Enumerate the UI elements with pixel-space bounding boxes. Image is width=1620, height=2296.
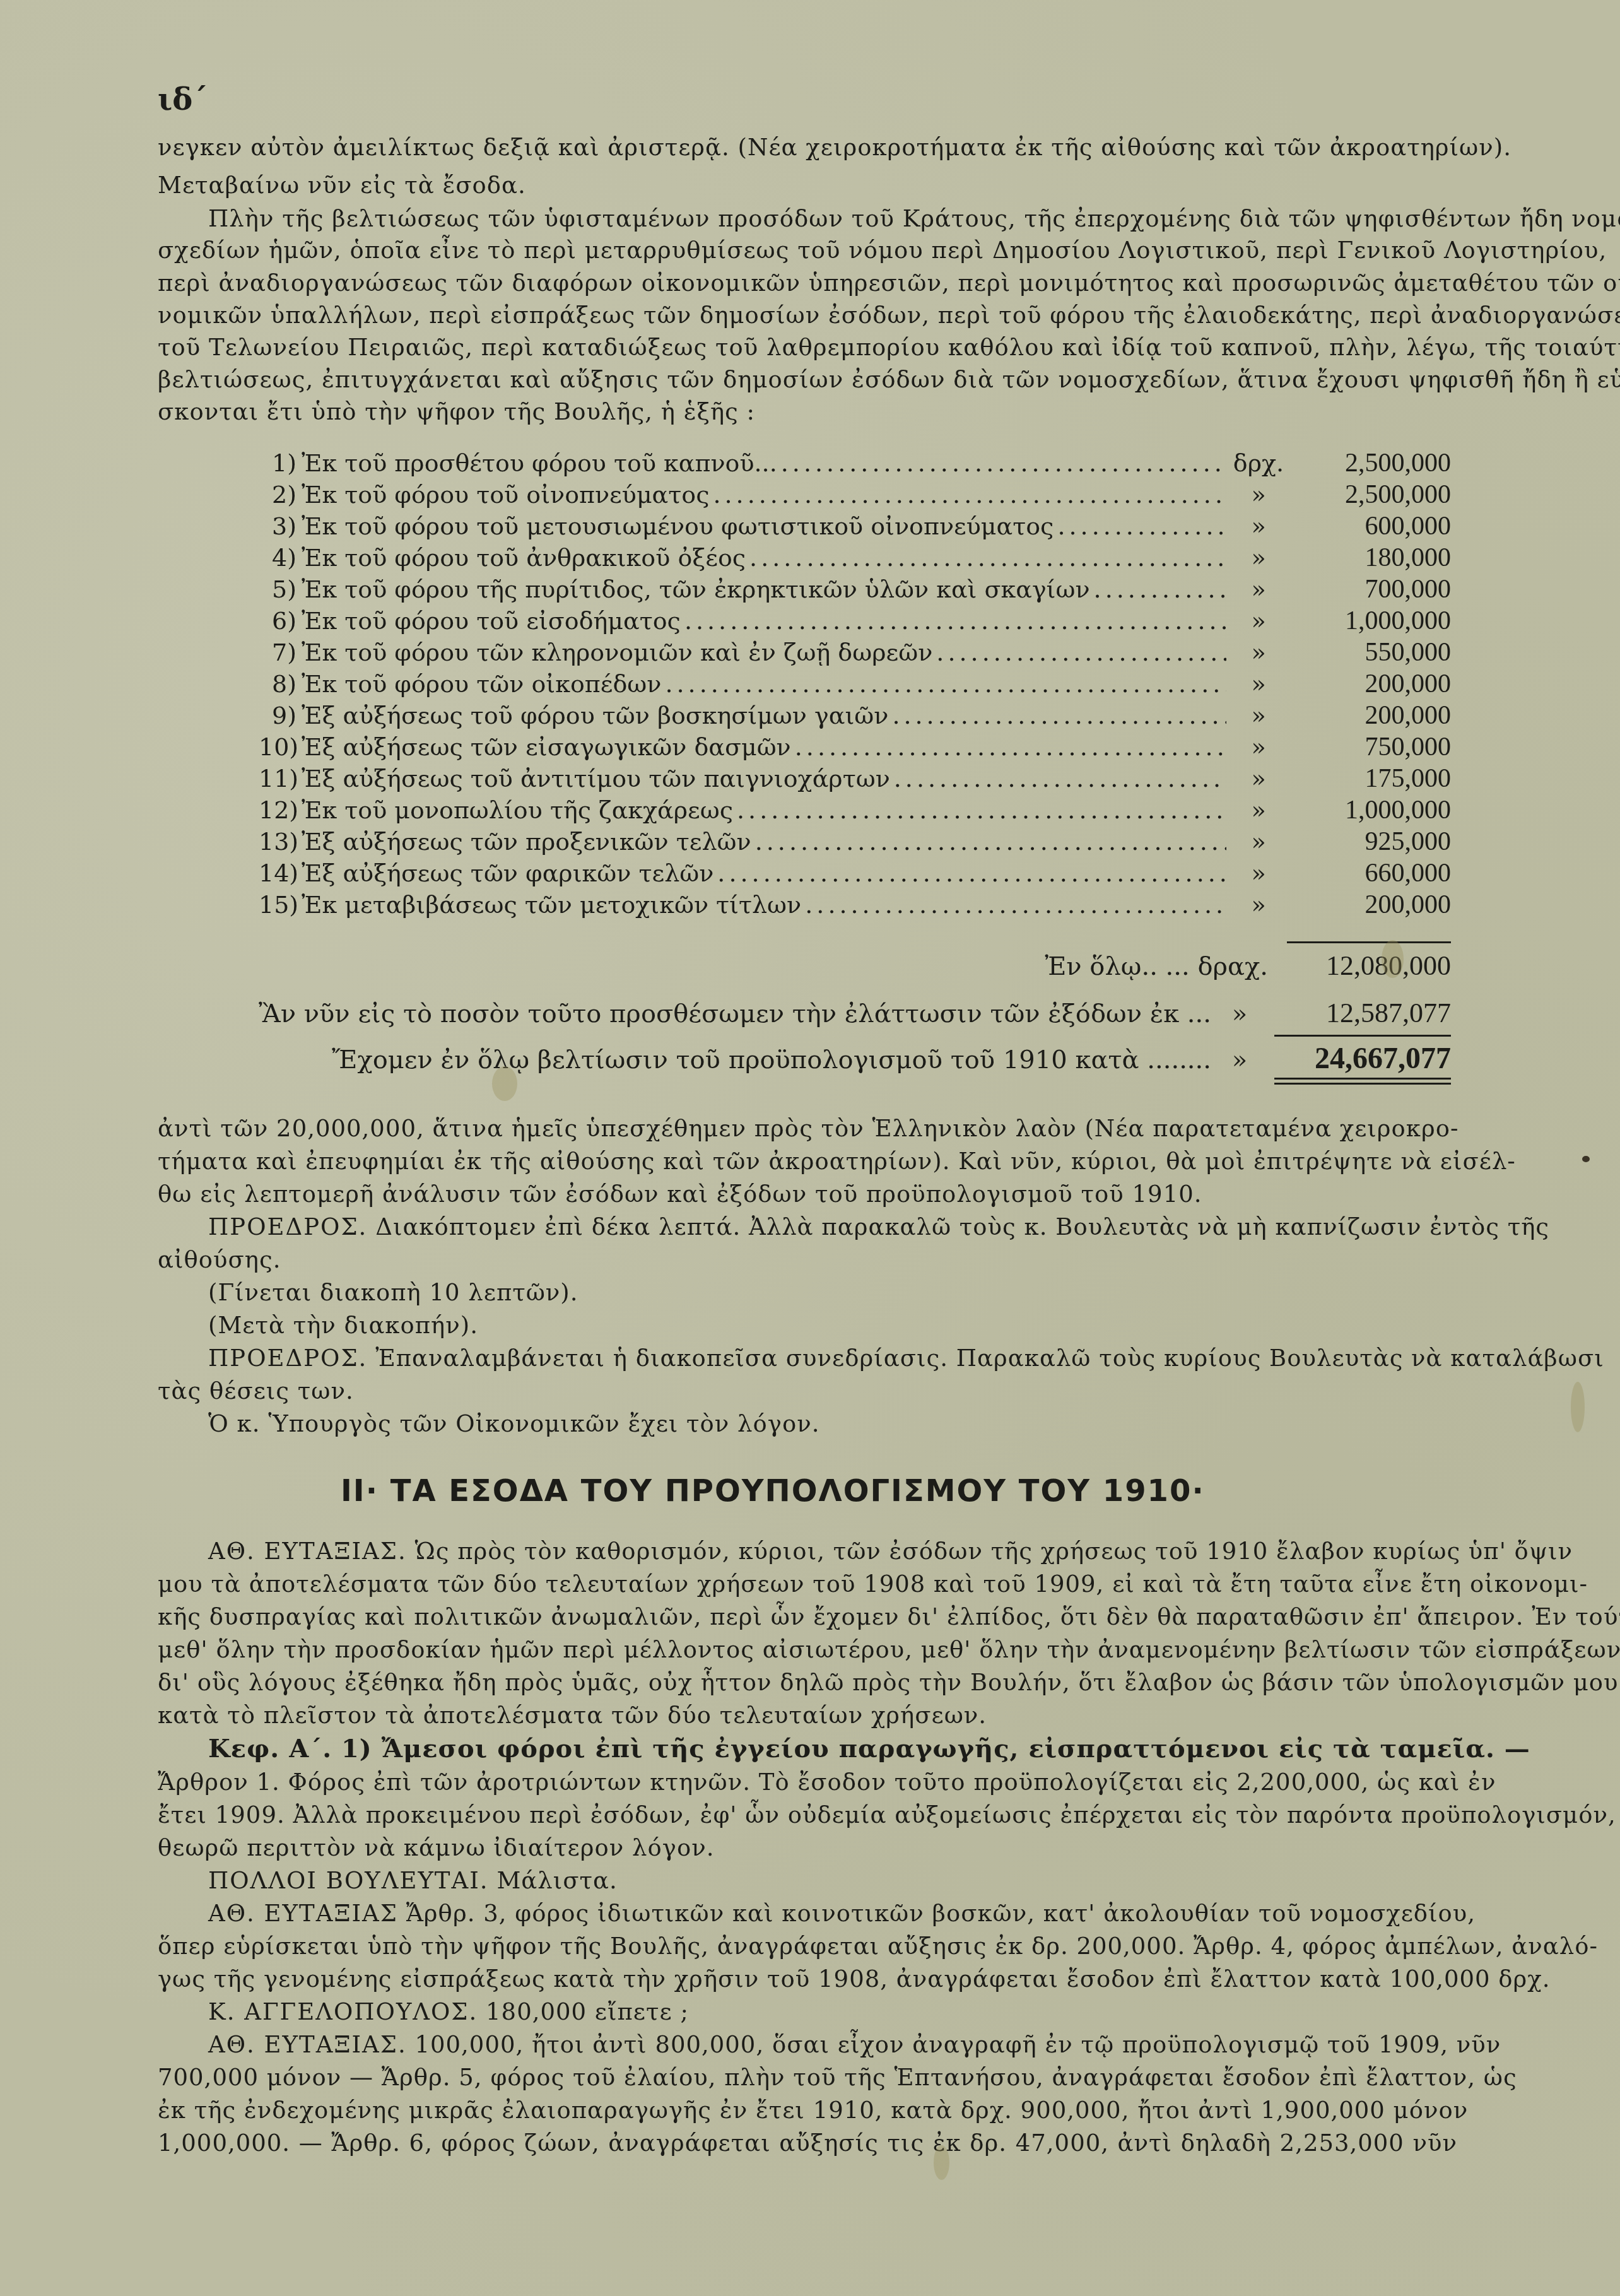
- row-description: Ἐκ τοῦ φόρου τῆς πυρίτιδος, τῶν ἐκρηκτικ…: [302, 575, 1090, 603]
- double-rule: [1274, 1078, 1451, 1080]
- ditto-mark: »: [1211, 1045, 1268, 1074]
- text-line: τὰς θέσεις των.: [158, 1379, 354, 1403]
- text-line: κῆς δυσπραγίας καὶ πολιτικῶν ἀνωμαλιῶν, …: [158, 1605, 1457, 1628]
- ditto-mark: »: [1211, 999, 1268, 1028]
- section-title: II· ΤΑ ΕΣΟΔΑ ΤΟΥ ΠΡΟΥΠΟΛΟΓΙΣΜΟΥ ΤΟΥ 1910…: [341, 1473, 1205, 1509]
- row-description: Ἐκ τοῦ φόρου τῶν κληρονομιῶν καὶ ἐν ζωῇ …: [302, 639, 932, 666]
- row-number: 14): [259, 859, 302, 887]
- row-number: 11): [259, 765, 302, 792]
- row-description: Ἐξ αὐξήσεως τῶν προξενικῶν τελῶν: [302, 828, 751, 856]
- page-number: ιδ΄: [158, 82, 208, 117]
- speech-text: Ἄρθρ. 3, φόρος ἰδιωτικῶν καὶ κοινοτικῶν …: [406, 1900, 1476, 1927]
- text-line: ἀντὶ τῶν 20,000,000, ἅτινα ἡμεῖς ὑπεσχέθ…: [158, 1117, 1457, 1140]
- sum-rule: [1274, 1035, 1451, 1037]
- double-rule: [1274, 1083, 1451, 1085]
- text-line: βελτιώσεως, ἐπιτυγχάνεται καὶ αὔξησις τῶ…: [158, 368, 1457, 391]
- stage-direction: (Γίνεται διακοπὴ 10 λεπτῶν).: [158, 1281, 578, 1304]
- ditto-mark: »: [1230, 512, 1287, 540]
- text-line: νομικῶν ὑπαλλήλων, περὶ εἰσπράξεως τῶν δ…: [158, 303, 1457, 327]
- speaker-name: Κ. ΑΓΓΕΛΟΠΟΥΛΟΣ.: [208, 1998, 478, 2025]
- text-line: κατὰ τὸ πλεῖστον τὰ ἀποτελέσματα τῶν δύο…: [158, 1704, 987, 1727]
- row-number: 8): [259, 670, 302, 698]
- table-row: 11) Ἐξ αὐξήσεως τοῦ ἀντιτίμου τῶν παιγνι…: [259, 763, 1451, 794]
- text-line: δι' οὓς λόγους ἐξέθηκα ἤδη πρὸς ὑμᾶς, οὐ…: [158, 1671, 1457, 1694]
- row-description: Ἐξ αὐξήσεως τῶν εἰσαγωγικῶν δασμῶν: [302, 733, 791, 761]
- speech-line: ΑΘ. ΕΥΤΑΞΙΑΣ. 100,000, ἤτοι ἀντὶ 800,000…: [158, 2033, 1457, 2056]
- row-description: Ἐξ αὐξήσεως τῶν φαρικῶν τελῶν: [302, 859, 713, 887]
- grand-total-label: Ἔχομεν ἐν ὅλῳ βελτίωσιν τοῦ προϋπολογισμ…: [332, 1045, 1211, 1074]
- leader-dots: ........................................…: [781, 449, 1226, 477]
- row-description: Ἐκ τοῦ φόρου τοῦ εἰσοδήματος: [302, 607, 681, 635]
- row-amount: 600,000: [1287, 511, 1451, 541]
- leader-dots: ........................................…: [737, 796, 1226, 824]
- row-description: Ἐκ μεταβιβάσεως τῶν μετοχικῶν τίτλων: [302, 891, 801, 919]
- leader-dots: ........................................…: [684, 607, 1226, 635]
- row-description: Ἐκ τοῦ φόρου τοῦ οἰνοπνεύματος: [302, 481, 709, 509]
- speech-text: Διακόπτομεν ἐπὶ δέκα λεπτά. Ἀλλὰ παρακαλ…: [375, 1213, 1549, 1240]
- speech-text: Μάλιστα.: [496, 1867, 617, 1894]
- row-number: 1): [259, 449, 302, 477]
- leader-dots: ........................................…: [805, 891, 1226, 919]
- table-row: 1) Ἐκ τοῦ προσθέτου φόρου τοῦ καπνοῦ... …: [259, 448, 1451, 478]
- row-amount: 1,000,000: [1287, 606, 1451, 636]
- text-line: ἐκ τῆς ἐνδεχομένης μικρᾶς ἐλαιοπαραγωγῆς…: [158, 2099, 1457, 2122]
- row-description: Ἐκ τοῦ μονοπωλίου τῆς ζακχάρεως: [302, 796, 733, 824]
- row-description: Ἐξ αὐξήσεως τοῦ ἀντιτίμου τῶν παιγνιοχάρ…: [302, 765, 890, 792]
- sum-rule: [1287, 941, 1451, 943]
- row-number: 6): [259, 607, 302, 635]
- text-line: τήματα καὶ ἐπευφημίαι ἐκ τῆς αἰθούσης κα…: [158, 1150, 1457, 1173]
- row-amount: 200,000: [1287, 669, 1451, 699]
- speaker-name: ΑΘ. ΕΥΤΑΞΙΑΣ: [208, 1900, 398, 1927]
- total-label: Ἐν ὅλῳ.. ... δραχ.: [1045, 952, 1268, 981]
- add-expenses-label: Ἂν νῦν εἰς τὸ ποσὸν τοῦτο προσθέσωμεν τὴ…: [259, 999, 1211, 1028]
- text-line: αἰθούσης.: [158, 1248, 281, 1271]
- text-line: νεγκεν αὐτὸν ἀμειλίκτως δεξιᾷ καὶ ἀριστε…: [158, 136, 1457, 159]
- row-number: 4): [259, 544, 302, 572]
- ditto-mark: »: [1230, 670, 1287, 698]
- leader-dots: ........................................…: [892, 702, 1226, 729]
- leader-dots: ........................................…: [665, 670, 1226, 698]
- ditto-mark: »: [1230, 481, 1287, 509]
- table-row: 3) Ἐκ τοῦ φόρου τοῦ μετουσιωμένου φωτιστ…: [259, 511, 1451, 541]
- table-row: 5) Ἐκ τοῦ φόρου τῆς πυρίτιδος, τῶν ἐκρηκ…: [259, 574, 1451, 604]
- table-row: 10) Ἐξ αὐξήσεως τῶν εἰσαγωγικῶν δασμῶν .…: [259, 732, 1451, 762]
- text-line: 700,000 μόνον — Ἄρθρ. 5, φόρος τοῦ ἐλαίο…: [158, 2066, 1457, 2089]
- ditto-mark: »: [1230, 544, 1287, 572]
- row-number: 12): [259, 796, 302, 824]
- leader-dots: ........................................…: [795, 733, 1226, 761]
- add-expenses-amount: 12,587,077: [1268, 997, 1451, 1029]
- text-line: 1,000,000. — Ἄρθρ. 6, φόρος ζώων, ἀναγρά…: [158, 2131, 1457, 2155]
- leader-dots: ........................................…: [717, 859, 1226, 887]
- table-row: 4) Ἐκ τοῦ φόρου τοῦ ἀνθρακικοῦ ὀξέος ...…: [259, 543, 1451, 573]
- row-amount: 200,000: [1287, 890, 1451, 920]
- row-amount: 175,000: [1287, 763, 1451, 794]
- row-number: 9): [259, 702, 302, 729]
- row-amount: 660,000: [1287, 858, 1451, 888]
- table-row: 2) Ἐκ τοῦ φόρου τοῦ οἰνοπνεύματος ......…: [259, 480, 1451, 510]
- row-amount: 2,500,000: [1287, 448, 1451, 478]
- row-description: Ἐκ τοῦ φόρου τοῦ μετουσιωμένου φωτιστικο…: [302, 512, 1054, 540]
- ditto-mark: »: [1230, 828, 1287, 856]
- text-line: Πλὴν τῆς βελτιώσεως τῶν ὑφισταμένων προσ…: [158, 207, 1457, 230]
- speaker-name: ΠΟΛΛΟΙ ΒΟΥΛΕΥΤΑΙ.: [208, 1867, 489, 1894]
- row-amount: 200,000: [1287, 700, 1451, 731]
- leader-dots: ........................................…: [894, 765, 1226, 792]
- row-description: Ἐκ τοῦ προσθέτου φόρου τοῦ καπνοῦ...: [302, 449, 777, 477]
- leader-dots: ........................................…: [1094, 575, 1226, 603]
- speech-text: 100,000, ἤτοι ἀντὶ 800,000, ὅσαι εἶχον ἀ…: [414, 2031, 1501, 2058]
- text-line: σκονται ἔτι ὑπὸ τὴν ψῆφον τῆς Βουλῆς, ἡ …: [158, 400, 755, 423]
- row-number: 15): [259, 891, 302, 919]
- table-row: 6) Ἐκ τοῦ φόρου τοῦ εἰσοδήματος ........…: [259, 606, 1451, 636]
- interjection-line: Κ. ΑΓΓΕΛΟΠΟΥΛΟΣ. 180,000 εἴπετε ;: [158, 2000, 689, 2023]
- text-line: περὶ ἀναδιοργανώσεως τῶν διαφόρων οἰκονο…: [158, 271, 1457, 295]
- row-amount: 1,000,000: [1287, 795, 1451, 825]
- leader-dots: ........................................…: [755, 828, 1226, 856]
- row-amount: 550,000: [1287, 637, 1451, 668]
- text-line: θω εἰς λεπτομερῆ ἀνάλυσιν τῶν ἐσόδων καὶ…: [158, 1182, 1202, 1206]
- table-row: 15) Ἐκ μεταβιβάσεως τῶν μετοχικῶν τίτλων…: [259, 890, 1451, 920]
- speech-line: ΑΘ. ΕΥΤΑΞΙΑΣ Ἄρθρ. 3, φόρος ἰδιωτικῶν κα…: [158, 1902, 1457, 1925]
- row-amount: 925,000: [1287, 827, 1451, 857]
- row-amount: 180,000: [1287, 543, 1451, 573]
- text-line: Μεταβαίνω νῦν εἰς τὰ ἔσοδα.: [158, 174, 526, 197]
- paper-stain: [1571, 1382, 1585, 1432]
- ditto-mark: »: [1230, 575, 1287, 603]
- speaker-name: ΠΡΟΕΔΡΟΣ.: [208, 1213, 367, 1240]
- row-amount: 2,500,000: [1287, 480, 1451, 510]
- paper-stain: [492, 1066, 517, 1101]
- text-line: μεθ' ὅλην τὴν προσδοκίαν ἡμῶν περὶ μέλλο…: [158, 1638, 1457, 1661]
- ditto-mark: »: [1230, 607, 1287, 635]
- row-amount: 750,000: [1287, 732, 1451, 762]
- table-row: 7) Ἐκ τοῦ φόρου τῶν κληρονομιῶν καὶ ἐν ζ…: [259, 637, 1451, 668]
- leader-dots: ........................................…: [1057, 512, 1226, 540]
- president-line: ΠΡΟΕΔΡΟΣ. Ἐπαναλαμβάνεται ἡ διακοπεῖσα σ…: [158, 1346, 1457, 1370]
- ditto-mark: »: [1230, 796, 1287, 824]
- row-number: 2): [259, 481, 302, 509]
- speech-line: ΑΘ. ΕΥΤΑΞΙΑΣ. Ὡς πρὸς τὸν καθορισμόν, κύ…: [158, 1539, 1457, 1563]
- text-line: μου τὰ ἀποτελέσματα τῶν δύο τελευταίων χ…: [158, 1572, 1457, 1596]
- ditto-mark: »: [1230, 765, 1287, 792]
- leader-dots: ........................................…: [749, 544, 1226, 572]
- row-number: 5): [259, 575, 302, 603]
- currency-unit: δρχ.: [1230, 449, 1287, 477]
- stage-direction: (Μετὰ τὴν διακοπήν).: [158, 1314, 478, 1337]
- text-line: Ἄρθρον 1. Φόρος ἐπὶ τῶν ἀροτριώντων κτην…: [158, 1770, 1457, 1794]
- text-line: ὅπερ εὑρίσκεται ὑπὸ τὴν ψῆφον τῆς Βουλῆς…: [158, 1934, 1457, 1958]
- chapter-heading: Κεφ. Α΄. 1) Ἄμεσοι φόροι ἐπὶ τῆς ἐγγείου…: [158, 1736, 1457, 1762]
- ink-dot: [1582, 1156, 1590, 1162]
- row-description: Ἐκ τοῦ φόρου τοῦ ἀνθρακικοῦ ὀξέος: [302, 544, 746, 572]
- add-expenses-row: Ἂν νῦν εἰς τὸ ποσὸν τοῦτο προσθέσωμεν τὴ…: [259, 997, 1451, 1029]
- speaker-name: ΑΘ. ΕΥΤΑΞΙΑΣ.: [208, 1538, 407, 1565]
- text-line: τοῦ Τελωνείου Πειραιῶς, περὶ καταδιώξεως…: [158, 336, 1457, 359]
- ditto-mark: »: [1230, 702, 1287, 729]
- row-description: Ἐκ τοῦ φόρου τῶν οἰκοπέδων: [302, 670, 661, 698]
- text-line: σχεδίων ἡμῶν, ὁποῖα εἶνε τὸ περὶ μεταρρυ…: [158, 238, 1457, 262]
- text-line: θεωρῶ περιττὸν νὰ κάμνω ἰδιαίτερον λόγον…: [158, 1836, 714, 1859]
- speech-text: 180,000 εἴπετε ;: [486, 1998, 689, 2025]
- table-row: 13) Ἐξ αὐξήσεως τῶν προξενικῶν τελῶν ...…: [259, 827, 1451, 857]
- text-line: ἔτει 1909. Ἀλλὰ προκειμένου περὶ ἐσόδων,…: [158, 1803, 1457, 1827]
- leader-dots: ........................................…: [713, 481, 1226, 509]
- grand-total-amount: 24,667,077: [1268, 1041, 1451, 1076]
- speech-text: Ἐπαναλαμβάνεται ἡ διακοπεῖσα συνεδρίασις…: [375, 1345, 1604, 1372]
- paper-stain: [934, 2145, 949, 2180]
- president-line: ΠΡΟΕΔΡΟΣ. Διακόπτομεν ἐπὶ δέκα λεπτά. Ἀλ…: [158, 1215, 1457, 1239]
- paper-stain: [1382, 940, 1404, 978]
- speaker-name: ΠΡΟΕΔΡΟΣ.: [208, 1345, 367, 1372]
- row-amount: 700,000: [1287, 574, 1451, 604]
- table-row: 9) Ἐξ αὐξήσεως τοῦ φόρου τῶν βοσκησίμων …: [259, 700, 1451, 731]
- table-row: 8) Ἐκ τοῦ φόρου τῶν οἰκοπέδων ..........…: [259, 669, 1451, 699]
- ditto-mark: »: [1230, 639, 1287, 666]
- table-row: 12) Ἐκ τοῦ μονοπωλίου τῆς ζακχάρεως ....…: [259, 795, 1451, 825]
- row-number: 13): [259, 828, 302, 856]
- table-row: 14) Ἐξ αὐξήσεως τῶν φαρικῶν τελῶν ......…: [259, 858, 1451, 888]
- speaker-name: ΑΘ. ΕΥΤΑΞΙΑΣ.: [208, 2031, 407, 2058]
- text-line: Ὁ κ. Ὑπουργὸς τῶν Οἰκονομικῶν ἔχει τὸν λ…: [158, 1412, 819, 1435]
- leader-dots: ........................................…: [936, 639, 1226, 666]
- text-line: γως τῆς γενομένης εἰσπράξεως κατὰ τὴν χρ…: [158, 1967, 1551, 1991]
- row-number: 3): [259, 512, 302, 540]
- total-amount: 12,080,000: [1268, 950, 1451, 982]
- speech-text: Ὡς πρὸς τὸν καθορισμόν, κύριοι, τῶν ἐσόδ…: [414, 1538, 1572, 1565]
- interjection-line: ΠΟΛΛΟΙ ΒΟΥΛΕΥΤΑΙ. Μάλιστα.: [158, 1869, 618, 1892]
- ditto-mark: »: [1230, 733, 1287, 761]
- ditto-mark: »: [1230, 859, 1287, 887]
- ditto-mark: »: [1230, 891, 1287, 919]
- row-number: 7): [259, 639, 302, 666]
- row-number: 10): [259, 733, 302, 761]
- row-description: Ἐξ αὐξήσεως τοῦ φόρου τῶν βοσκησίμων γαι…: [302, 702, 888, 729]
